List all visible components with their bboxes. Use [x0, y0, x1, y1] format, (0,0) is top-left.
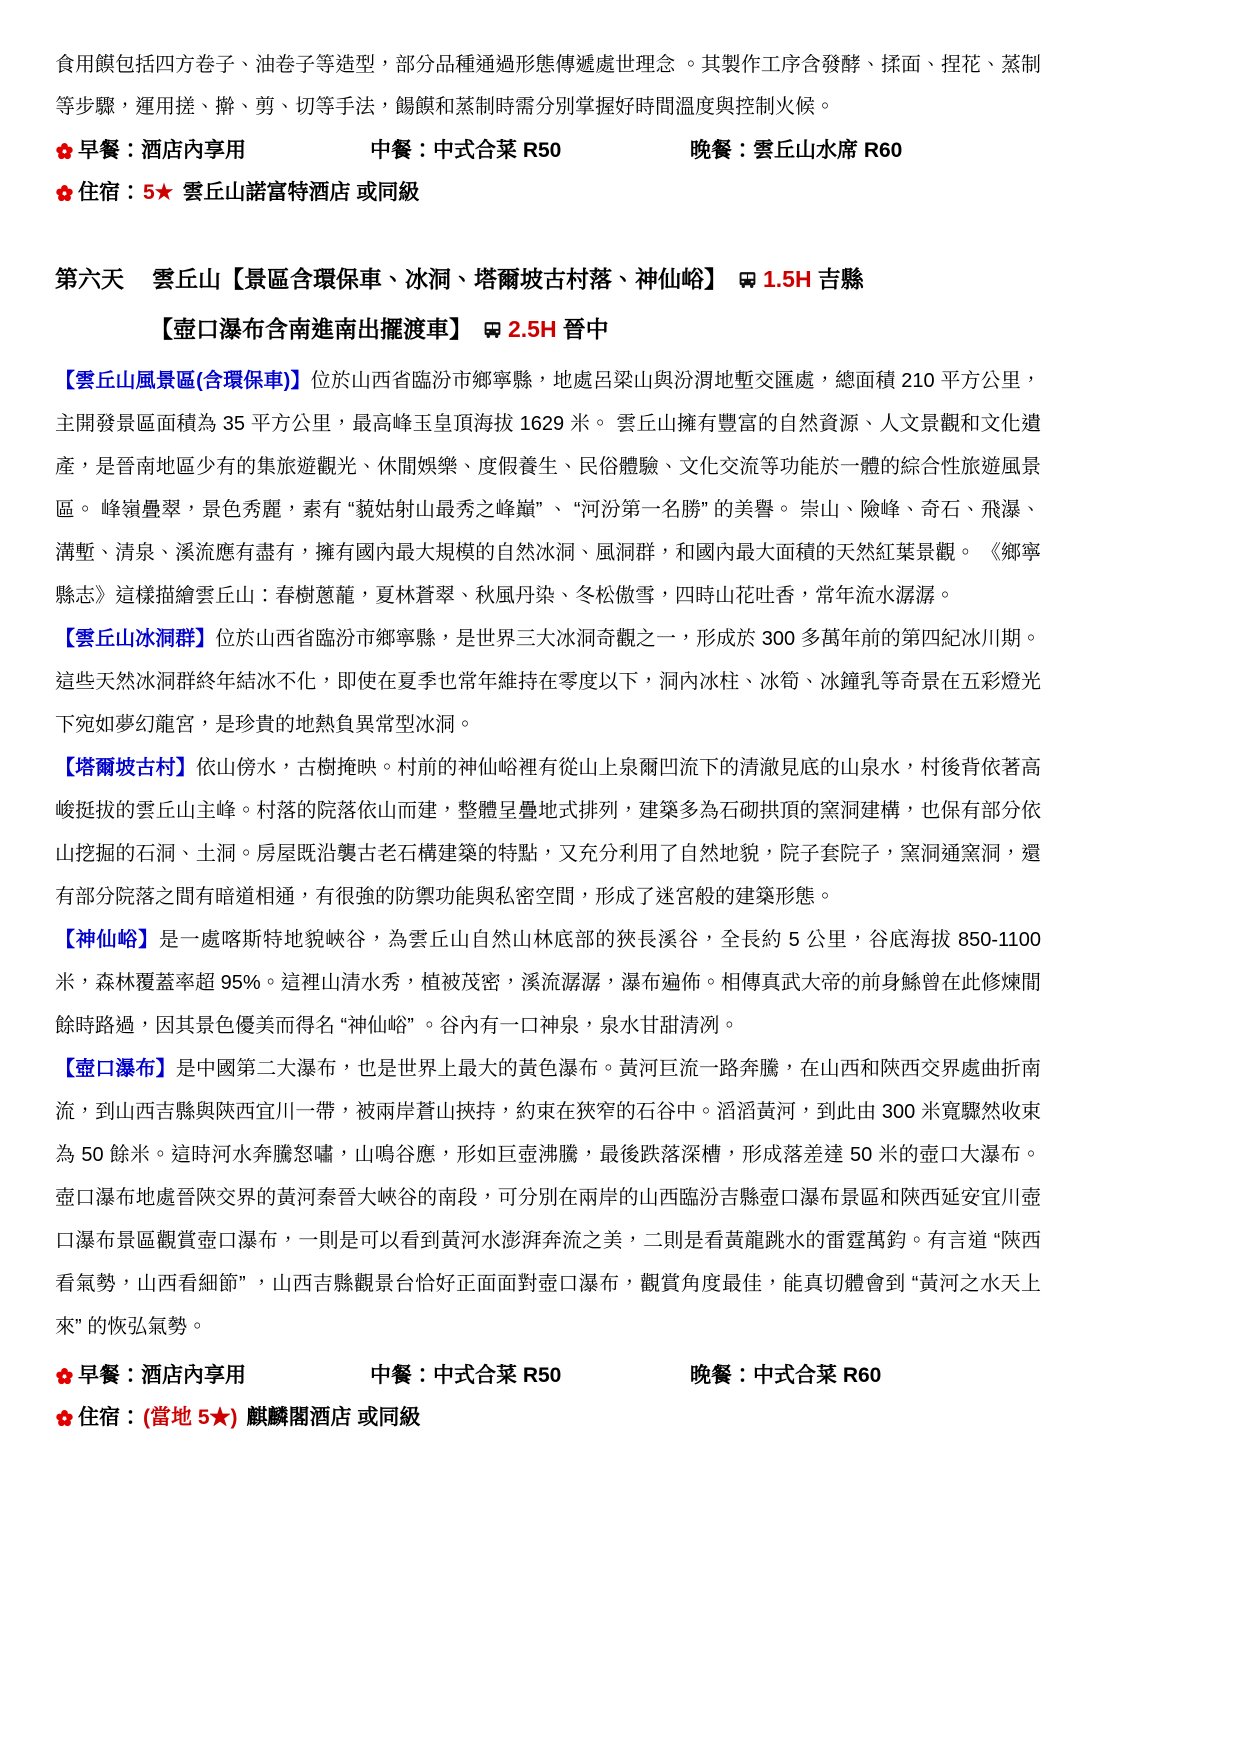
- section-header: 【塔爾坡古村】: [55, 757, 196, 779]
- section-taerpo-ancient-village: 【塔爾坡古村】依山傍水，古樹掩映。村前的神仙峪裡有從山上泉爾凹流下的清澈見底的山…: [55, 747, 1041, 919]
- day6-title: 雲丘山【景區含環保車、冰洞、塔爾坡古村落、神仙峪】: [152, 266, 727, 292]
- day5-breakfast: 早餐：酒店內享用: [55, 130, 370, 172]
- day6-day-label: 第六天: [55, 266, 124, 292]
- day6-duration1: 1.5H: [763, 266, 812, 292]
- intro-paragraph: 食用饃包括四方卷子、油卷子等造型，部分品種通過形態傳遞處世理念 。其製作工序含發…: [55, 44, 1041, 128]
- flower-icon: [55, 184, 74, 203]
- bus-icon: [737, 269, 758, 290]
- section-header: 【雲丘山風景區(含環保車)】: [55, 370, 311, 392]
- section-hukou-waterfall: 【壺口瀑布】是中國第二大瀑布，也是世界上最大的黃色瀑布。黃河巨流一路奔騰，在山西…: [55, 1048, 1041, 1349]
- day6-city2: 晉中: [563, 316, 609, 342]
- day5-dinner-label: 晚餐：雲丘山水席 R60: [690, 130, 1041, 172]
- itinerary-page: 食用饃包括四方卷子、油卷子等造型，部分品種通過形態傳遞處世理念 。其製作工序含發…: [0, 0, 1241, 1755]
- day6-heading-line1: 第六天雲丘山【景區含環保車、冰洞、塔爾坡古村落、神仙峪】1.5H吉縣: [55, 254, 1041, 304]
- day5-breakfast-label: 早餐：酒店內享用: [78, 130, 246, 172]
- day6-heading-line2: 【壺口瀑布含南進南出擺渡車】2.5H晉中: [150, 304, 1041, 354]
- flower-icon: [55, 1409, 74, 1428]
- section-header: 【壺口瀑布】: [55, 1058, 176, 1080]
- day6-lodging-label: 住宿：: [78, 1397, 141, 1439]
- day6-duration2: 2.5H: [508, 316, 557, 342]
- day5-lunch-label: 中餐：中式合菜 R50: [370, 130, 690, 172]
- section-body: 是一處喀斯特地貌峽谷，為雲丘山自然山林底部的狹長溪谷，全長約 5 公里，谷底海拔…: [55, 929, 1041, 1037]
- day6-breakfast: 早餐：酒店內享用: [55, 1355, 370, 1397]
- day6-city1: 吉縣: [818, 266, 864, 292]
- section-header: 【雲丘山冰洞群】: [55, 628, 215, 650]
- section-body: 位於山西省臨汾市鄉寧縣，地處呂梁山與汾渭地塹交匯處，總面積 210 平方公里，主…: [55, 370, 1041, 607]
- day6-dinner-label: 晚餐：中式合菜 R60: [690, 1355, 1041, 1397]
- day6-lodging-row: 住宿： (當地 5★) 麒麟閣酒店 或同級: [55, 1397, 1041, 1439]
- section-yunqiushan-scenic-area: 【雲丘山風景區(含環保車)】位於山西省臨汾市鄉寧縣，地處呂梁山與汾渭地塹交匯處，…: [55, 360, 1041, 618]
- section-body: 是中國第二大瀑布，也是世界上最大的黃色瀑布。黃河巨流一路奔騰，在山西和陝西交界處…: [55, 1058, 1041, 1338]
- day5-lodging-row: 住宿： 5★ 雲丘山諾富特酒店 或同級: [55, 172, 1041, 214]
- day6-hotel-name: 麒麟閣酒店 或同級: [247, 1397, 421, 1439]
- section-ice-cave-group: 【雲丘山冰洞群】位於山西省臨汾市鄉寧縣，是世界三大冰洞奇觀之一，形成於 300 …: [55, 618, 1041, 747]
- bus-icon: [482, 319, 503, 340]
- flower-icon: [55, 142, 74, 161]
- section-header: 【神仙峪】: [55, 929, 159, 951]
- flower-icon: [55, 1367, 74, 1386]
- section-body: 依山傍水，古樹掩映。村前的神仙峪裡有從山上泉爾凹流下的清澈見底的山泉水，村後背依…: [55, 757, 1041, 908]
- day6-lunch-label: 中餐：中式合菜 R50: [370, 1355, 690, 1397]
- day6-meal-row: 早餐：酒店內享用 中餐：中式合菜 R50 晚餐：中式合菜 R60: [55, 1355, 1041, 1397]
- section-shenxianyu-valley: 【神仙峪】是一處喀斯特地貌峽谷，為雲丘山自然山林底部的狹長溪谷，全長約 5 公里…: [55, 919, 1041, 1048]
- day5-meal-row: 早餐：酒店內享用 中餐：中式合菜 R50 晚餐：雲丘山水席 R60: [55, 130, 1041, 172]
- day6-breakfast-label: 早餐：酒店內享用: [78, 1355, 246, 1397]
- day5-lodging-label: 住宿：: [78, 172, 141, 214]
- day6-lodging-stars: (當地 5★): [143, 1397, 238, 1439]
- day5-hotel-name: 雲丘山諾富特酒店 或同級: [183, 172, 420, 214]
- day5-lodging-stars: 5★: [143, 172, 174, 214]
- day6-subtitle: 【壺口瀑布含南進南出擺渡車】: [150, 316, 472, 342]
